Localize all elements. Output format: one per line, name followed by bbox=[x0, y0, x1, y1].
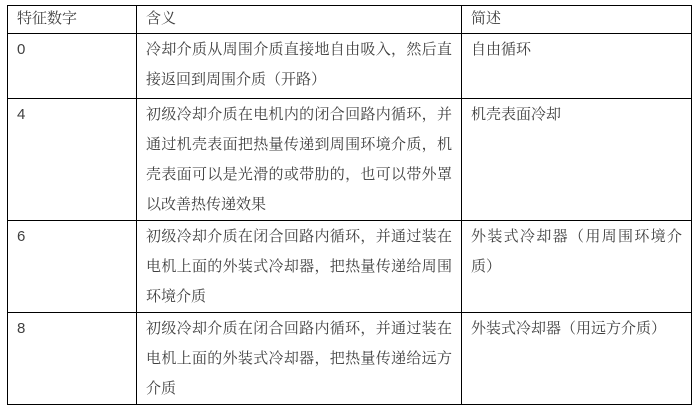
cooling-feature-table: 特征数字 含义 简述 0 冷却介质从周围介质直接地自由吸入，然后直接返回到周围介… bbox=[7, 5, 692, 405]
cell-brief: 外装式冷却器（用远方介质） bbox=[462, 313, 692, 405]
cell-meaning: 初级冷却介质在闭合回路内循环，并通过装在电机上面的外装式冷却器，把热量传递给远方… bbox=[137, 313, 462, 405]
cell-meaning: 冷却介质从周围介质直接地自由吸入，然后直接返回到周围介质（开路） bbox=[137, 34, 462, 99]
cell-brief: 外装式冷却器（用周围环境介质） bbox=[462, 221, 692, 313]
cell-meaning: 初级冷却介质在闭合回路内循环，并通过装在电机上面的外装式冷却器，把热量传递给周围… bbox=[137, 221, 462, 313]
cell-code: 8 bbox=[8, 313, 137, 405]
table-header-row: 特征数字 含义 简述 bbox=[8, 6, 692, 34]
header-cell-meaning: 含义 bbox=[137, 6, 462, 34]
cell-meaning: 初级冷却介质在电机内的闭合回路内循环，并通过机壳表面把热量传递到周围环境介质，机… bbox=[137, 99, 462, 221]
table-row: 0 冷却介质从周围介质直接地自由吸入，然后直接返回到周围介质（开路） 自由循环 bbox=[8, 34, 692, 99]
cell-brief: 自由循环 bbox=[462, 34, 692, 99]
cell-brief: 机壳表面冷却 bbox=[462, 99, 692, 221]
table-row: 4 初级冷却介质在电机内的闭合回路内循环，并通过机壳表面把热量传递到周围环境介质… bbox=[8, 99, 692, 221]
header-cell-brief: 简述 bbox=[462, 6, 692, 34]
cell-code: 4 bbox=[8, 99, 137, 221]
table-row: 6 初级冷却介质在闭合回路内循环，并通过装在电机上面的外装式冷却器，把热量传递给… bbox=[8, 221, 692, 313]
table-row: 8 初级冷却介质在闭合回路内循环，并通过装在电机上面的外装式冷却器，把热量传递给… bbox=[8, 313, 692, 405]
cell-code: 0 bbox=[8, 34, 137, 99]
cell-code: 6 bbox=[8, 221, 137, 313]
header-cell-code: 特征数字 bbox=[8, 6, 137, 34]
